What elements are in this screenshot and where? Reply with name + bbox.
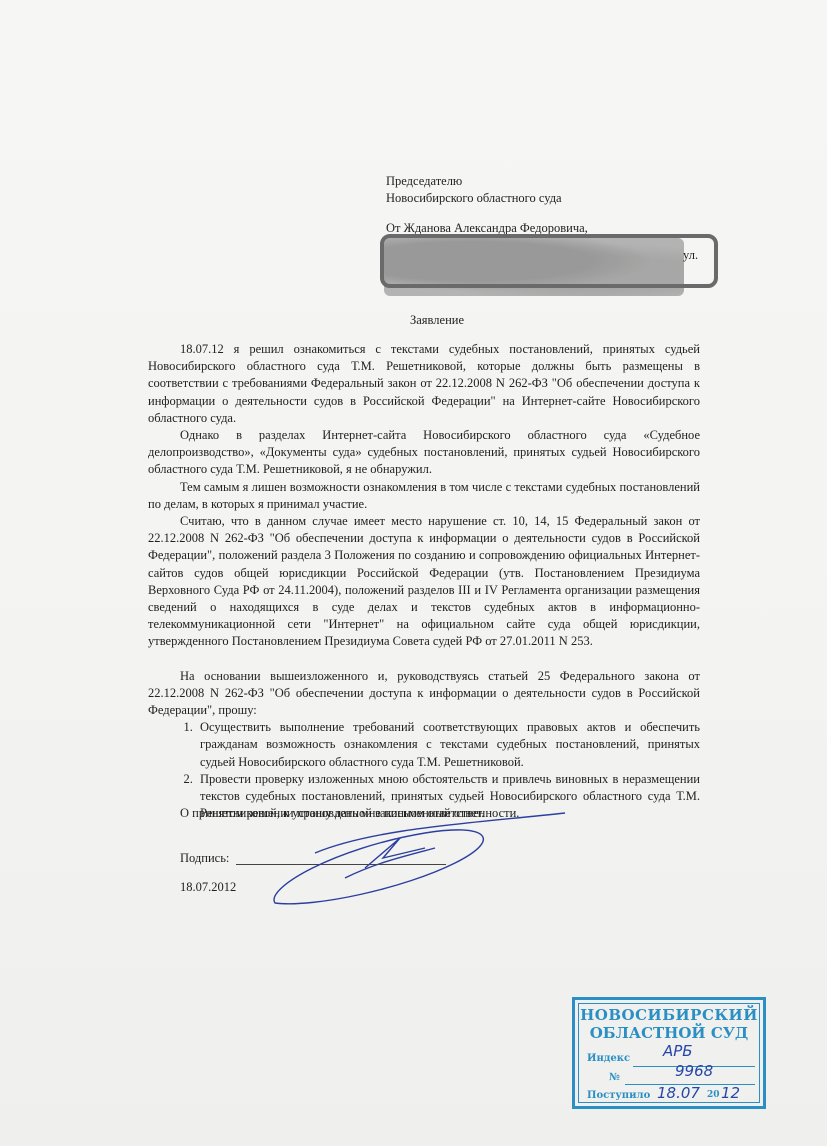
signature-label: Подпись: <box>180 851 229 866</box>
paragraph: Тем самым я лишен возможности ознакомлен… <box>148 479 700 513</box>
stamp-received-label: Поступило <box>587 1090 650 1101</box>
request-item: Осуществить выполнение требований соотве… <box>196 719 700 771</box>
addressee-court: Новосибирского областного суда <box>386 190 588 207</box>
signature-date: 18.07.2012 <box>180 880 236 895</box>
stamp-number-value: 9968 <box>675 1062 713 1080</box>
addressee-block: Председателю Новосибирского областного с… <box>386 173 588 237</box>
paragraph: Считаю, что в данном случае имеет место … <box>148 513 700 651</box>
document-page: Председателю Новосибирского областного с… <box>0 0 827 1146</box>
court-receipt-stamp: НОВОСИБИРСКИЙ ОБЛАСТНОЙ СУД Индекс № Пос… <box>572 997 766 1109</box>
redaction-outline <box>380 234 718 288</box>
stamp-index-label: Индекс <box>587 1053 630 1064</box>
stamp-court-line2: ОБЛАСТНОЙ СУД <box>575 1024 763 1042</box>
handwritten-signature-icon <box>255 808 575 918</box>
street-fragment: ул. <box>683 248 698 263</box>
stamp-year-value: 12 <box>721 1084 740 1102</box>
stamp-received-value: 18.07 <box>657 1084 700 1102</box>
document-body: 18.07.12 я решил ознакомиться с текстами… <box>148 341 700 822</box>
document-title: Заявление <box>410 313 464 328</box>
stamp-number-label: № <box>609 1072 620 1083</box>
stamp-court-line1: НОВОСИБИРСКИЙ <box>575 1006 763 1024</box>
stamp-year-prefix: 20 <box>707 1090 720 1100</box>
paragraph: На основании вышеизложенного и, руководс… <box>148 668 700 720</box>
paragraph: Однако в разделах Интернет-сайта Новосиб… <box>148 427 700 479</box>
paragraph: 18.07.12 я решил ознакомиться с текстами… <box>148 341 700 427</box>
stamp-index-value: АРБ <box>663 1042 693 1060</box>
addressee-title: Председателю <box>386 173 588 190</box>
